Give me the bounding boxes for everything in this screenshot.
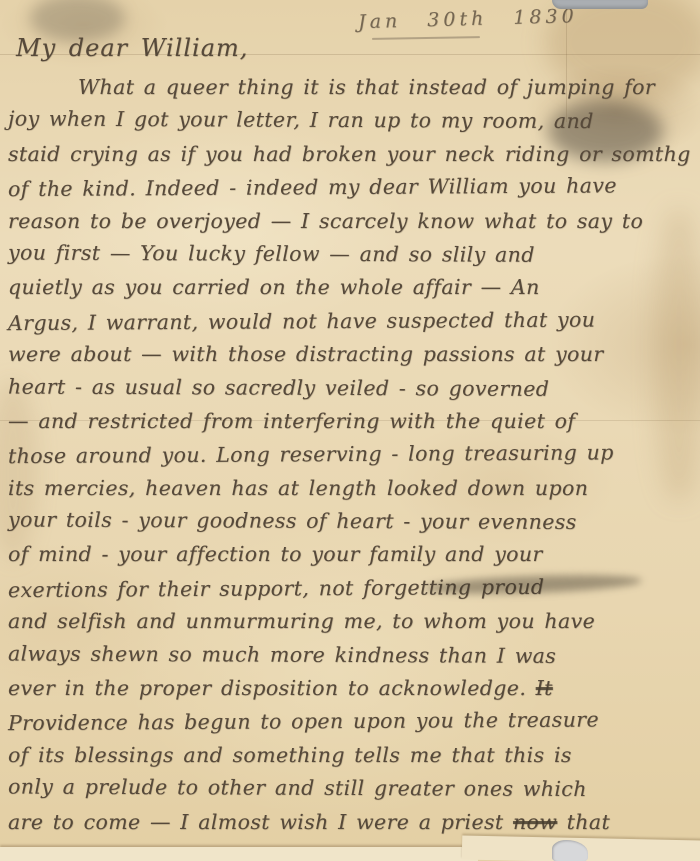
letter-line: of the kind. Indeed - indeed my dear Wil… [8,169,694,207]
letter-line: staid crying as if you had broken your n… [8,138,694,171]
letter-line: joy when I got your letter, I ran up to … [8,103,694,139]
torn-notch-top-edge [552,0,648,9]
letter-line: its mercies, heaven has at length looked… [8,472,694,505]
letter-line: only a prelude to other and still greate… [8,771,694,807]
salutation: My dear William, [16,34,248,62]
letter-line: exertions for their support, not forgett… [8,570,694,608]
page-bottom-fold-left [0,847,478,861]
letter-line: of mind - your affection to your family … [8,538,694,571]
letter-line: What a queer thing it is that instead of… [8,71,694,104]
letter-line: Providence has begun to open upon you th… [8,703,694,741]
letter-line: were about — with those distracting pass… [8,338,694,371]
letter-line: ever in the proper disposition to acknow… [8,672,694,705]
letter-line: heart - as usual so sacredly veiled - so… [8,370,694,406]
letter-paper: Jan 30th 1830 My dear William, What a qu… [0,0,700,861]
letter-body: What a queer thing it is that instead of… [8,71,694,839]
struck-word: It [536,676,553,700]
letter-line: those around you. Long reserving - long … [8,436,694,474]
letter-line: of its blessings and something tells me … [8,739,694,772]
letter-line: reason to be overjoyed — I scarcely know… [8,205,694,238]
letter-line: quietly as you carried on the whole affa… [8,271,694,304]
date-line: Jan 30th 1830 [358,5,589,33]
letter-line: your toils - your goodness of heart - yo… [8,504,694,540]
letter-line: always shewn so much more kindness than … [8,637,694,673]
letter-line: you first — You lucky fellow — and so sl… [8,236,694,272]
letter-line: and selfish and unmurmuring me, to whom … [8,605,694,638]
struck-word: now [513,810,557,834]
letter-line: are to come — I almost wish I were a pri… [8,806,694,839]
letter-line: — and restricted from interfering with t… [8,405,694,438]
pencil-underline [372,36,480,40]
letter-line: Argus, I warrant, would not have suspect… [8,303,694,341]
